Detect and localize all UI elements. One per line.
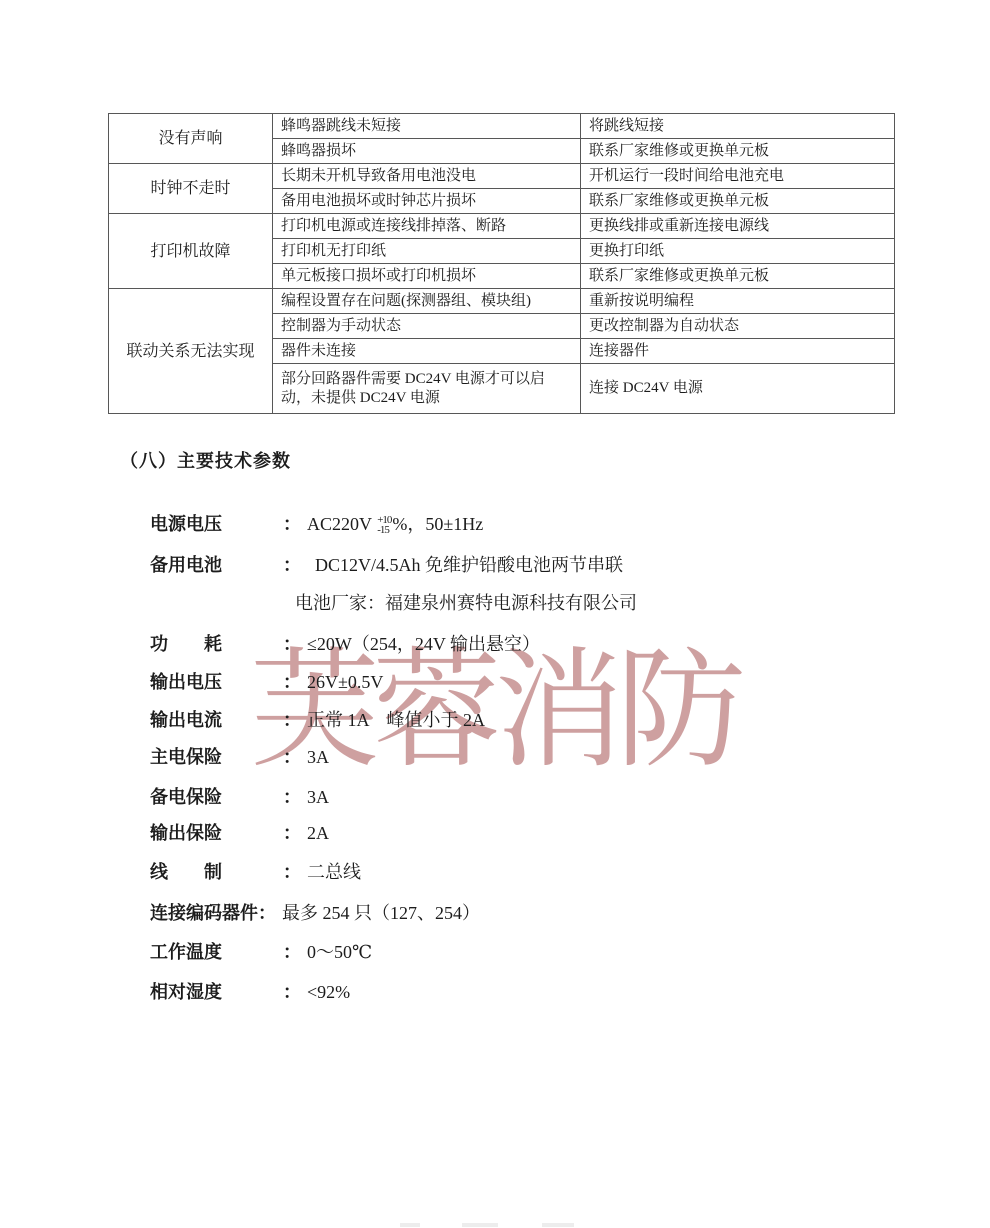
spec-label: 电源电压 <box>150 512 283 536</box>
cause-cell: 打印机电源或连接线排掉落、断路 <box>273 214 581 239</box>
spec-main-fuse: 主电保险：3A <box>150 745 329 769</box>
spec-value: 3A <box>307 747 329 767</box>
spec-output-current: 输出电流：正常 1A 峰值小于 2A <box>150 708 485 732</box>
spec-value: 最多 254 只（127、254） <box>282 903 480 923</box>
spec-colon: ： <box>283 514 301 534</box>
manual-page: 芙蓉消防 没有声响 蜂鸣器跳线未短接 将跳线短接 蜂鸣器损坏 联系厂家维修或更换… <box>0 0 990 1228</box>
spec-colon: ： <box>283 555 301 575</box>
spec-label: 输出保险 <box>150 821 283 845</box>
spec-backup-battery: 备用电池：DC12V/4.5Ah 免维护铅酸电池两节串联 <box>150 553 623 577</box>
spec-value-post: %，50±1Hz <box>392 514 483 534</box>
table-row: 打印机故障 打印机电源或连接线排掉落、断路 更换线排或重新连接电源线 <box>109 214 895 239</box>
spec-relative-humidity: 相对湿度：<92% <box>150 980 350 1004</box>
cause-cell: 器件未连接 <box>273 339 581 364</box>
spec-output-voltage: 输出电压：26V±0.5V <box>150 670 383 694</box>
spec-value: ≤20W（254，24V 输出悬空） <box>307 634 540 654</box>
cause-cell: 蜂鸣器损坏 <box>273 139 581 164</box>
battery-manufacturer-note: 电池厂家：福建泉州赛特电源科技有限公司 <box>295 591 637 615</box>
spec-working-temperature: 工作温度：0～50℃ <box>150 940 372 964</box>
spec-label: 线 制 <box>150 860 283 884</box>
table-row: 联动关系无法实现 编程设置存在问题(探测器组、模块组) 重新按说明编程 <box>109 289 895 314</box>
spec-label: 输出电压 <box>150 670 283 694</box>
spec-value: AC220V +10-15%，50±1Hz <box>307 514 483 534</box>
spec-power-consumption: 功 耗：≤20W（254，24V 输出悬空） <box>150 632 540 656</box>
spec-value: 2A <box>307 823 329 843</box>
spec-value: 正常 1A 峰值小于 2A <box>307 710 485 730</box>
spec-colon: ： <box>283 634 301 654</box>
spec-output-fuse: 输出保险：2A <box>150 821 329 845</box>
spec-label: 相对湿度 <box>150 980 283 1004</box>
spec-colon: ： <box>283 787 301 807</box>
cause-cell: 打印机无打印纸 <box>273 239 581 264</box>
scan-artifact <box>542 1223 574 1227</box>
scan-artifact <box>462 1223 498 1227</box>
spec-colon: ： <box>258 903 276 923</box>
spec-value: 3A <box>307 787 329 807</box>
spec-value: 0～50℃ <box>307 942 372 962</box>
spec-colon: ： <box>283 747 301 767</box>
spec-label: 备电保险 <box>150 785 283 809</box>
table-row: 没有声响 蜂鸣器跳线未短接 将跳线短接 <box>109 114 895 139</box>
spec-colon: ： <box>283 823 301 843</box>
spec-label: 主电保险 <box>150 745 283 769</box>
fault-cell: 联动关系无法实现 <box>109 289 273 414</box>
cause-cell: 蜂鸣器跳线未短接 <box>273 114 581 139</box>
cause-cell: 长期未开机导致备用电池没电 <box>273 164 581 189</box>
spec-value: 二总线 <box>307 862 361 882</box>
solution-cell: 连接器件 <box>581 339 895 364</box>
spec-label: 输出电流 <box>150 708 283 732</box>
spec-backup-fuse: 备电保险：3A <box>150 785 329 809</box>
solution-cell: 更改控制器为自动状态 <box>581 314 895 339</box>
spec-label: 功 耗 <box>150 632 283 656</box>
spec-colon: ： <box>283 672 301 692</box>
solution-cell: 联系厂家维修或更换单元板 <box>581 139 895 164</box>
fault-cell: 没有声响 <box>109 114 273 164</box>
spec-value: DC12V/4.5Ah 免维护铅酸电池两节串联 <box>315 555 623 575</box>
spec-colon: ： <box>283 710 301 730</box>
spec-colon: ： <box>283 982 301 1002</box>
spec-coded-devices: 连接编码器件：最多 254 只（127、254） <box>150 901 480 925</box>
cause-cell: 单元板接口损坏或打印机损坏 <box>273 264 581 289</box>
solution-cell: 联系厂家维修或更换单元板 <box>581 264 895 289</box>
spec-value: 26V±0.5V <box>307 672 383 692</box>
spec-value: <92% <box>307 982 350 1002</box>
cause-cell: 控制器为手动状态 <box>273 314 581 339</box>
solution-cell: 将跳线短接 <box>581 114 895 139</box>
cause-cell: 备用电池损坏或时钟芯片损坏 <box>273 189 581 214</box>
spec-label: 备用电池 <box>150 553 283 577</box>
spec-colon: ： <box>283 862 301 882</box>
section-heading: （八）主要技术参数 <box>120 447 291 473</box>
tolerance-stack: +10-15 <box>377 515 391 535</box>
solution-cell: 重新按说明编程 <box>581 289 895 314</box>
tolerance-minus: -15 <box>377 525 391 535</box>
spec-power-voltage: 电源电压：AC220V +10-15%，50±1Hz <box>150 512 483 536</box>
solution-cell: 更换打印纸 <box>581 239 895 264</box>
cause-cell: 部分回路器件需要 DC24V 电源才可以启动，未提供 DC24V 电源 <box>273 364 581 414</box>
spec-label: 工作温度 <box>150 940 283 964</box>
solution-cell: 连接 DC24V 电源 <box>581 364 895 414</box>
fault-cell: 打印机故障 <box>109 214 273 289</box>
solution-cell: 联系厂家维修或更换单元板 <box>581 189 895 214</box>
cause-cell: 编程设置存在问题(探测器组、模块组) <box>273 289 581 314</box>
table-row: 时钟不走时 长期未开机导致备用电池没电 开机运行一段时间给电池充电 <box>109 164 895 189</box>
spec-label: 连接编码器件 <box>150 901 258 925</box>
spec-colon: ： <box>283 942 301 962</box>
spec-wiring-system: 线 制：二总线 <box>150 860 361 884</box>
spec-value-pre: AC220V <box>307 514 376 534</box>
troubleshooting-table: 没有声响 蜂鸣器跳线未短接 将跳线短接 蜂鸣器损坏 联系厂家维修或更换单元板 时… <box>108 113 895 414</box>
solution-cell: 更换线排或重新连接电源线 <box>581 214 895 239</box>
solution-cell: 开机运行一段时间给电池充电 <box>581 164 895 189</box>
scan-artifact <box>400 1223 420 1227</box>
fault-cell: 时钟不走时 <box>109 164 273 214</box>
